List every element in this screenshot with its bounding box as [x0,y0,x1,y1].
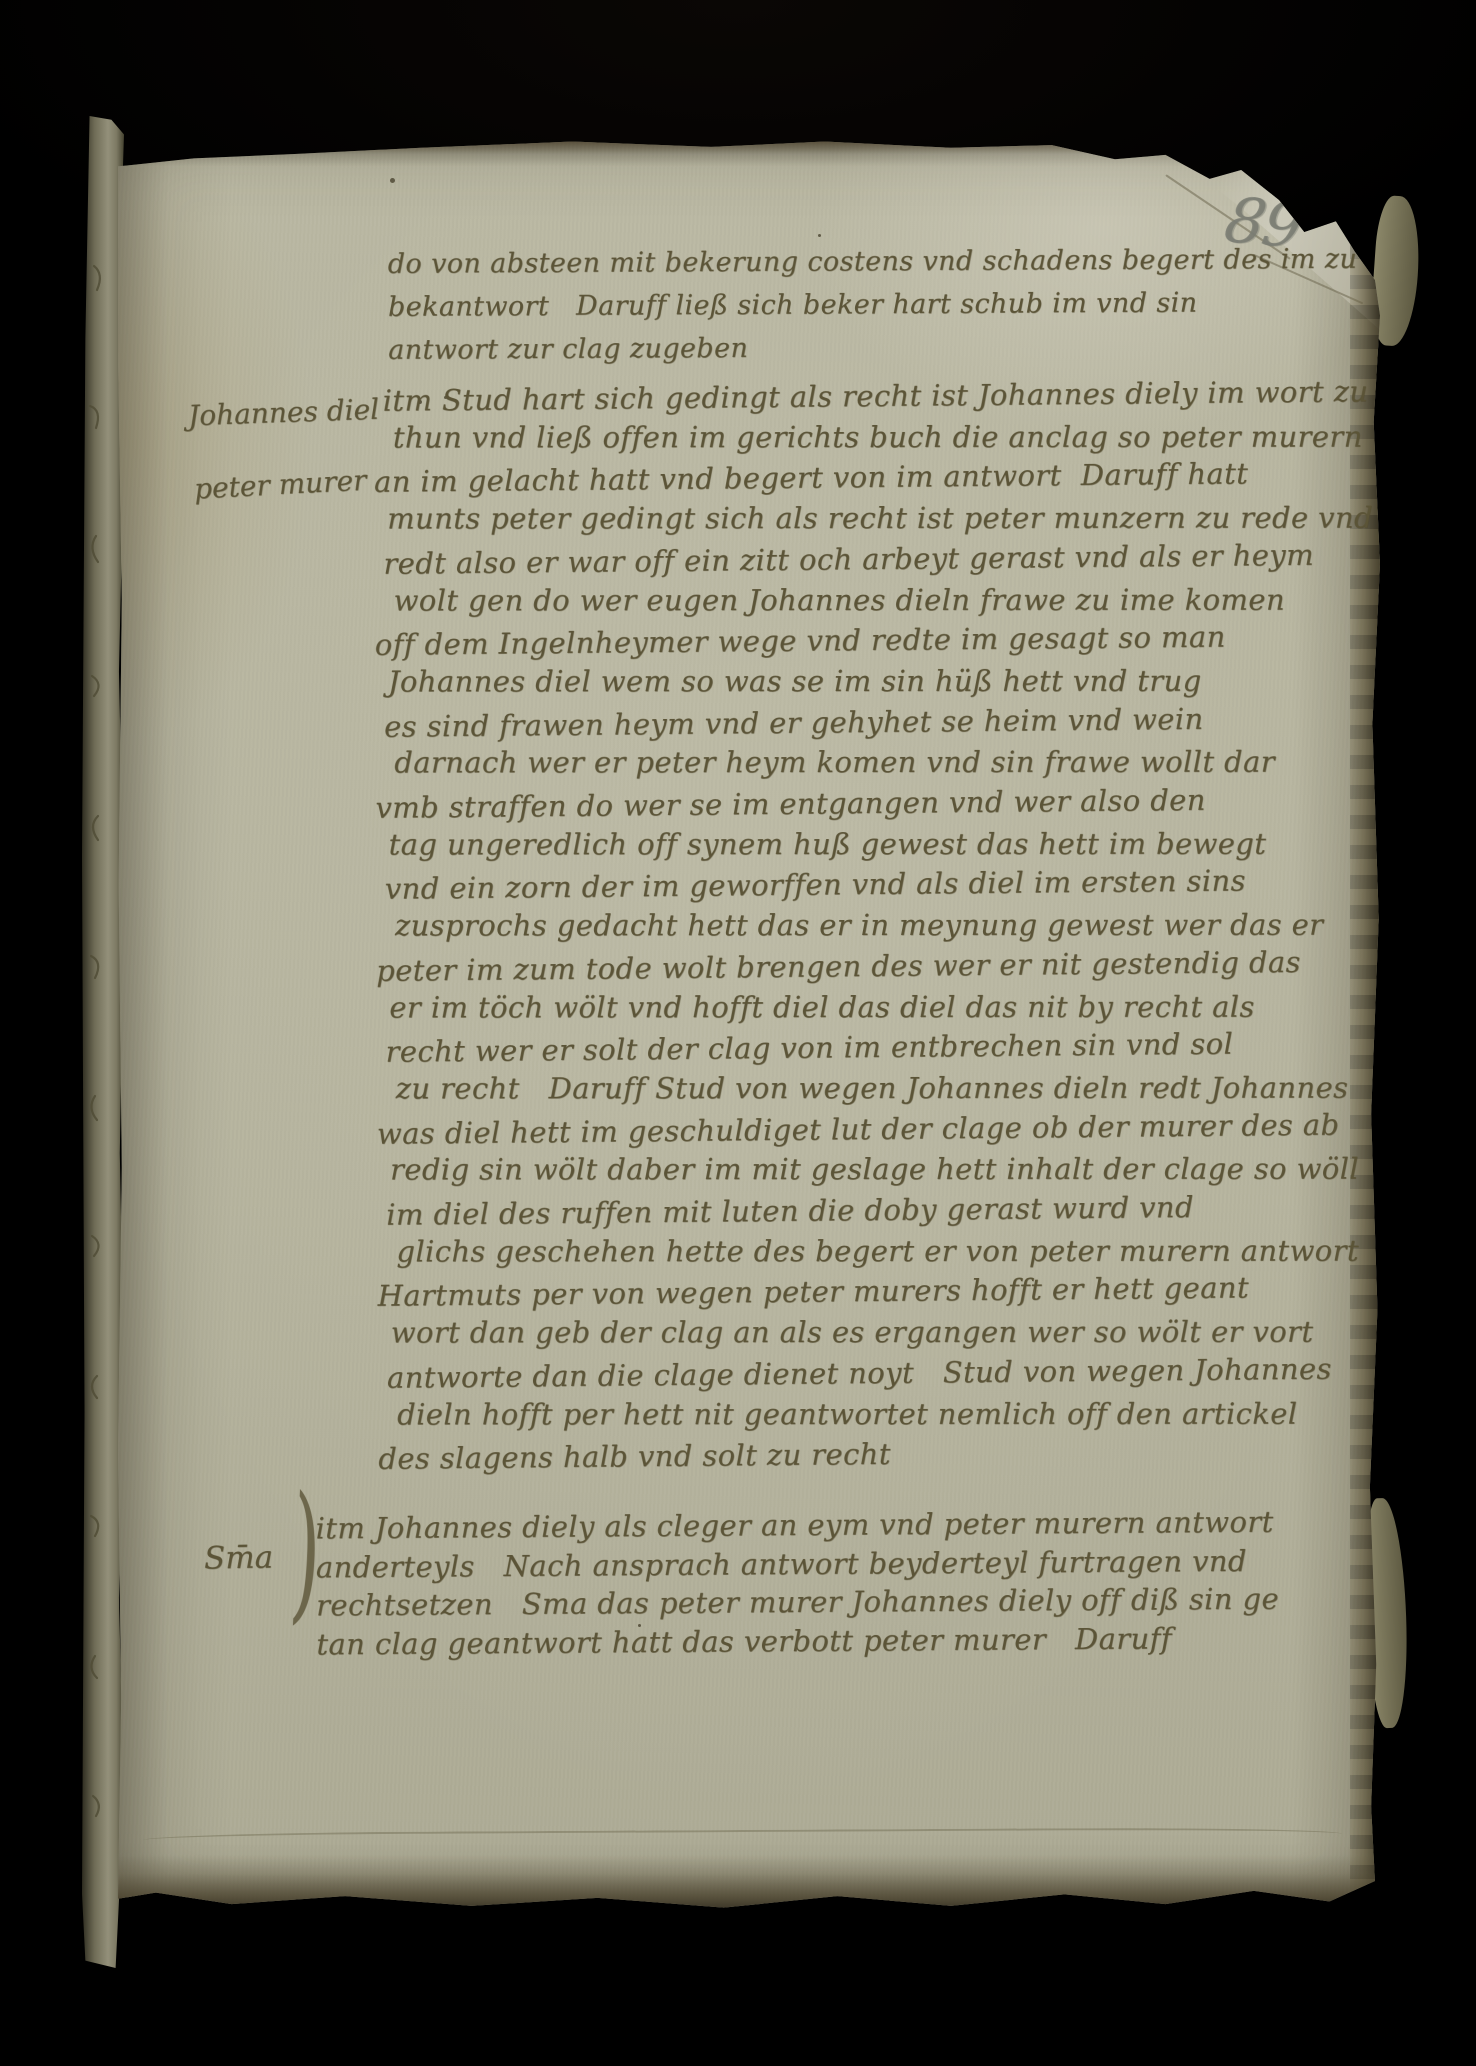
text-line: itm Stud hart sich gedingt als recht ist… [371,371,1373,421]
ink-speck [818,234,821,237]
text-line: wort dan geb der clag an als es ergangen… [379,1312,1377,1354]
text-line: do von absteen mit bekerung costens vnd … [388,237,1441,286]
text-line: zu recht Daruff Stud von wegen Johannes … [384,1067,1376,1109]
text-line: zusprochs gedacht hett das er in meynung… [383,905,1375,947]
photo-backdrop: 89 Johannes diel peter murer Sm̄a ) do v… [0,0,1476,2066]
text-line: thun vnd ließ offen im gerichts buch die… [381,416,1373,458]
main-entry-paragraph: itm Stud hart sich gedingt als recht ist… [371,374,1378,1477]
margin-note-summa: Sm̄a [204,1539,274,1576]
text-line: redig sin wölt daber im mit geslage hett… [378,1149,1376,1191]
text-line: Johannes diel wem so was se im sin hüß h… [376,660,1374,702]
page-bottom-edge-band [118,1855,1380,1913]
text-line: er im töch wölt vnd hofft diel das diel … [377,986,1375,1028]
page-top-soiled-edge [118,138,1380,154]
text-line: an im gelacht hatt vnd begert von im ant… [362,453,1373,503]
text-line: im diel des ruffen mit luten die doby ge… [374,1185,1376,1235]
closing-paragraph: itm Johannes diely als cleger an eym vnd… [315,1503,1279,1664]
ink-speck [390,178,395,183]
text-line: recht wer er solt der clag von im entbre… [373,1022,1375,1072]
text-line: antwort zur clag zugeben [388,323,1441,372]
manuscript-page: 89 Johannes diel peter murer Sm̄a ) do v… [118,138,1380,1913]
text-line: off dem Ingelnheymer wege vnd redte im g… [363,615,1374,665]
text-line: munts peter gedingt sich als recht ist p… [375,498,1373,540]
horizontal-crease [143,1827,1342,1847]
text-line: dieln hofft per hett nit geantwortet nem… [385,1393,1377,1435]
text-line: anderteyls Nach ansprach antwort beydert… [316,1541,1279,1586]
text-line: vmb straffen do wer se im entgangen vnd … [363,778,1374,828]
text-line: des slagens halb vnd solt zu recht [366,1429,1377,1479]
text-line: es sind frawen heym vnd er gehyhet se he… [372,697,1374,747]
opening-paragraph: do von absteen mit bekerung costens vnd … [388,237,1441,372]
text-line: vnd ein zorn der im geworffen vnd als di… [373,860,1375,910]
text-line: tan clag geantwort hatt das verbott pete… [316,1618,1279,1663]
text-line: darnach wer er peter heym komen vnd sin … [382,742,1374,784]
text-line: itm Johannes diely als cleger an eym vnd… [315,1503,1278,1548]
margin-note-party1: Johannes diel [187,393,379,433]
text-line: was diel hett im geschuldiget lut der cl… [365,1104,1376,1154]
gutter-writing-marks [82,116,124,1968]
text-line: peter im zum tode wolt brengen des wer e… [364,941,1375,991]
text-line: Hartmuts per von wegen peter murers hoff… [365,1267,1376,1317]
book-gutter-page-edges [82,116,124,1968]
margin-note-party2: peter murer [193,464,367,506]
text-line: glichs geschehen hette des begert er von… [384,1230,1376,1272]
text-line: bekantwort Daruff ließ sich beker hart s… [388,280,1441,329]
text-line: antworte dan die clage dienet noyt Stud … [375,1348,1377,1398]
text-line: wolt gen do wer eugen Johannes dieln fra… [382,579,1374,621]
text-line: rechtsetzen Sma das peter murer Johannes… [316,1580,1279,1625]
text-line: tag ungeredlich off synem huß gewest das… [377,823,1375,865]
text-line: redt also er war off ein zitt och arbeyt… [371,534,1373,584]
